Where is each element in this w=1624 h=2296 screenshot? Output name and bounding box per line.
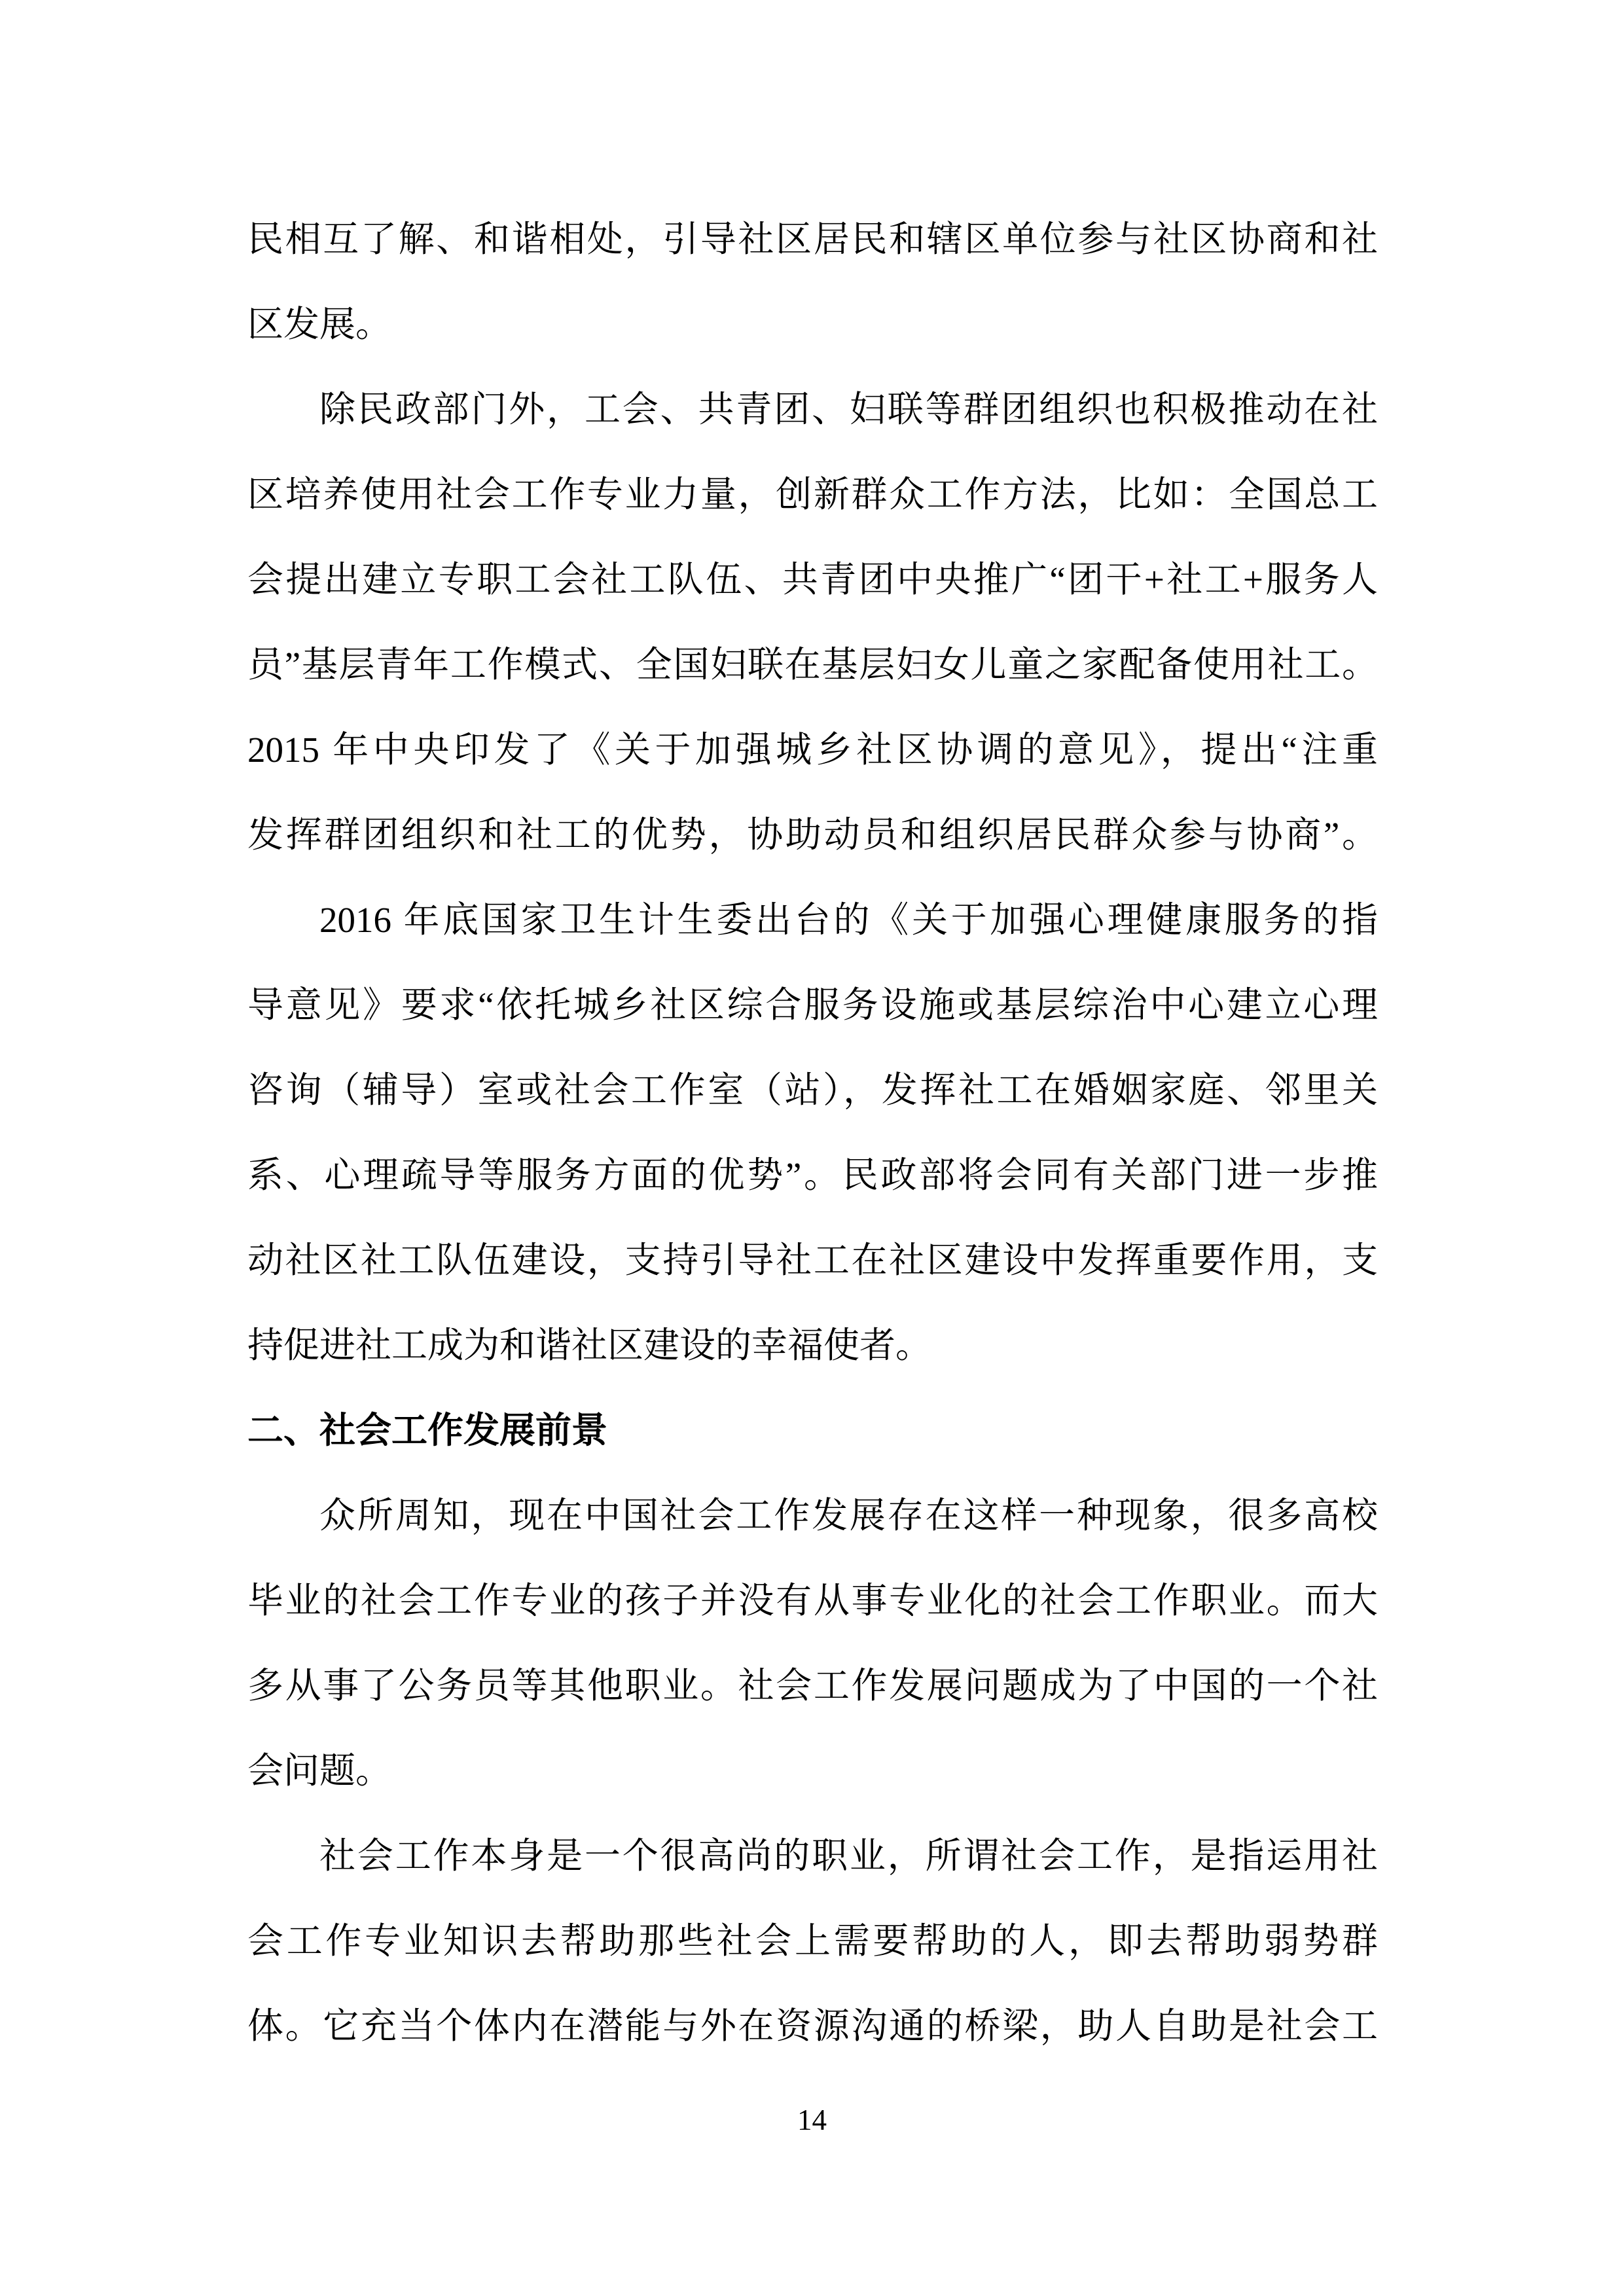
paragraph-line: 动社区社工队伍建设，支持引导社工在社区建设中发挥重要作用，支 xyxy=(247,1218,1378,1303)
page-number: 14 xyxy=(0,2103,1624,2137)
paragraph-line: 除民政部门外，工会、共青团、妇联等群团组织也积极推动在社 xyxy=(247,367,1378,452)
paragraph-line: 员”基层青年工作模式、全国妇联在基层妇女儿童之家配备使用社工。 xyxy=(247,622,1378,708)
section-heading: 二、社会工作发展前景 xyxy=(247,1388,1378,1473)
paragraph-line: 会提出建立专职工会社工队伍、共青团中央推广“团干+社工+服务人 xyxy=(247,537,1378,622)
paragraph-line: 区培养使用社会工作专业力量，创新群众工作方法，比如：全国总工 xyxy=(247,452,1378,537)
paragraph-line: 导意见》要求“依托城乡社区综合服务设施或基层综治中心建立心理 xyxy=(247,963,1378,1048)
paragraph-line: 体。它充当个体内在潜能与外在资源沟通的桥梁，助人自助是社会工 xyxy=(247,1984,1378,2069)
paragraph-line: 民相互了解、和谐相处，引导社区居民和辖区单位参与社区协商和社 xyxy=(247,197,1378,282)
paragraph-line: 会问题。 xyxy=(247,1729,1378,1814)
paragraph-line: 毕业的社会工作专业的孩子并没有从事专业化的社会工作职业。而大 xyxy=(247,1558,1378,1643)
paragraph-line: 系、心理疏导等服务方面的优势”。民政部将会同有关部门进一步推 xyxy=(247,1133,1378,1218)
paragraph-line: 咨询（辅导）室或社会工作室（站），发挥社工在婚姻家庭、邻里关 xyxy=(247,1048,1378,1133)
paragraph-line: 2016 年底国家卫生计生委出台的《关于加强心理健康服务的指 xyxy=(247,878,1378,963)
paragraph-line: 区发展。 xyxy=(247,282,1378,367)
paragraph-line: 会工作专业知识去帮助那些社会上需要帮助的人，即去帮助弱势群 xyxy=(247,1899,1378,1984)
paragraph-line: 社会工作本身是一个很高尚的职业，所谓社会工作，是指运用社 xyxy=(247,1814,1378,1899)
paragraph-line: 2015 年中央印发了《关于加强城乡社区协调的意见》，提出“注重 xyxy=(247,708,1378,793)
document-page: { "page": { "number": "14", "blocks": [ … xyxy=(0,0,1624,2296)
text-block: 民相互了解、和谐相处，引导社区居民和辖区单位参与社区协商和社区发展。除民政部门外… xyxy=(247,197,1378,2069)
paragraph-line: 多从事了公务员等其他职业。社会工作发展问题成为了中国的一个社 xyxy=(247,1643,1378,1729)
paragraph-line: 众所周知，现在中国社会工作发展存在这样一种现象，很多高校 xyxy=(247,1473,1378,1558)
paragraph-line: 发挥群团组织和社工的优势，协助动员和组织居民群众参与协商”。 xyxy=(247,793,1378,878)
paragraph-line: 持促进社工成为和谐社区建设的幸福使者。 xyxy=(247,1303,1378,1388)
